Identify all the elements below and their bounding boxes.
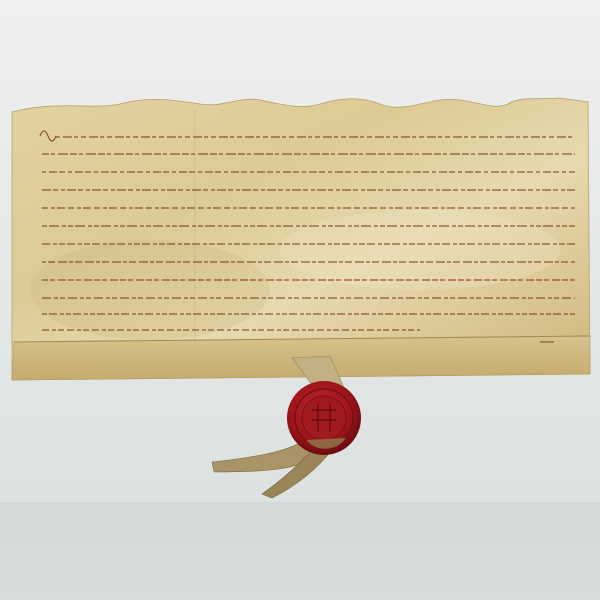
wax-seal <box>287 381 361 455</box>
charter-photo <box>0 0 600 600</box>
parchment-sheet <box>12 98 590 380</box>
